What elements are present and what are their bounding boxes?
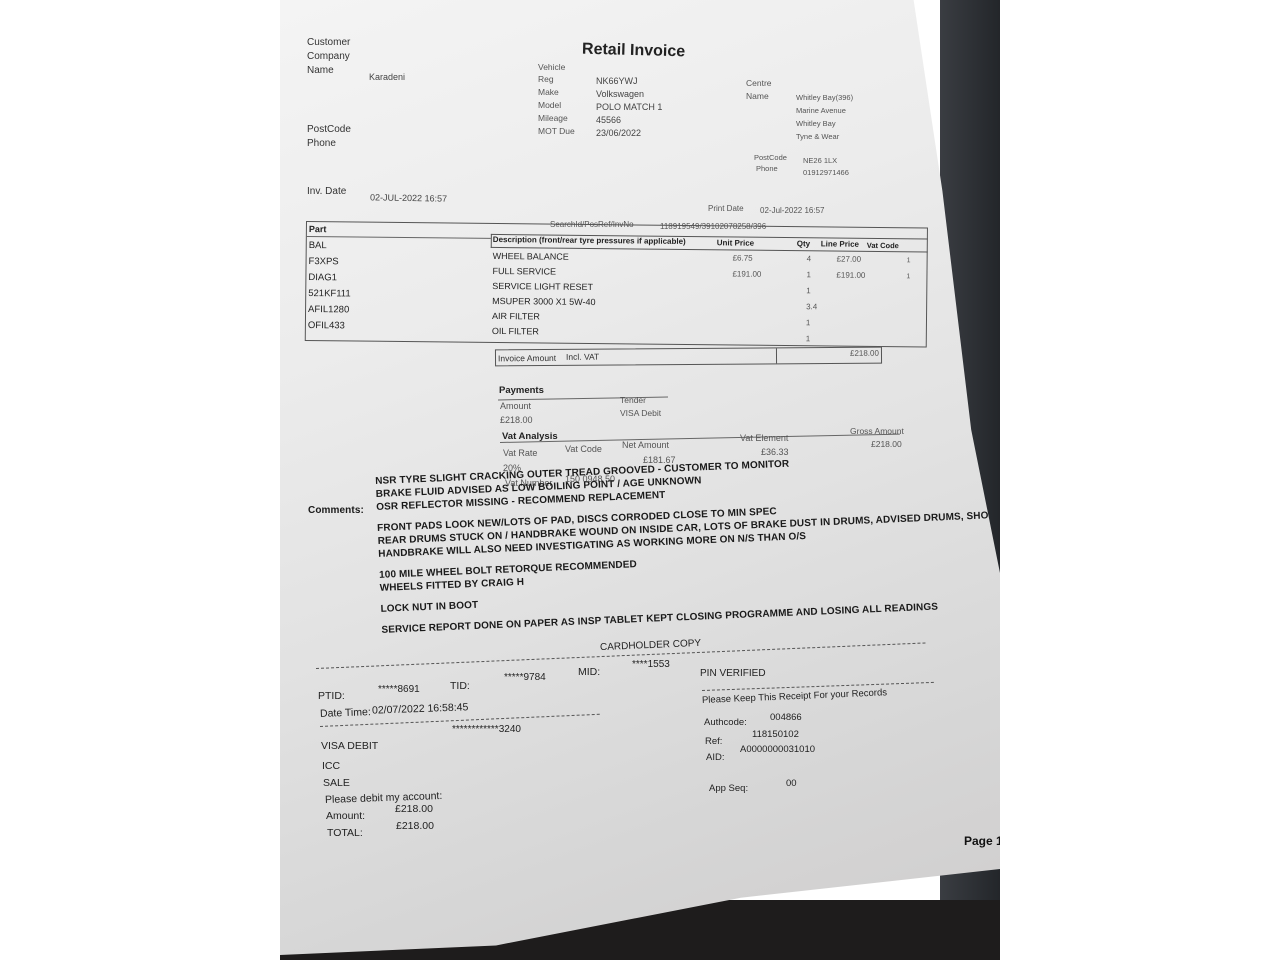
- tid-value: *****9784: [504, 672, 546, 683]
- part-qty: 1: [806, 334, 811, 343]
- entry-mode: ICC: [322, 760, 340, 772]
- centre-postcode-value: NE26 1LX: [803, 156, 837, 165]
- vehicle-field-value: 45566: [596, 115, 621, 125]
- payments-heading: Payments: [499, 385, 544, 396]
- net-amount-header: Net Amount: [622, 440, 669, 450]
- vehicle-field-label: Model: [538, 100, 561, 110]
- part-code: F3XPS: [309, 256, 339, 267]
- header-line-price: Line Price: [821, 239, 859, 248]
- keep-receipt-text: Please Keep This Receipt For your Record…: [702, 687, 887, 706]
- payment-amount-value: £218.00: [500, 415, 533, 425]
- cardholder-copy-label: CARDHOLDER COPY: [600, 638, 702, 653]
- datetime-label: Date Time:: [320, 706, 371, 720]
- part-description: WHEEL BALANCE: [493, 251, 569, 262]
- vehicle-field-label: Reg: [538, 74, 554, 84]
- vat-element-header: Vat Element: [740, 433, 788, 443]
- receipt-total-label: TOTAL:: [327, 827, 363, 839]
- card-type: VISA DEBIT: [321, 740, 378, 752]
- payment-tender-value: VISA Debit: [620, 408, 661, 418]
- mid-label: MID:: [578, 666, 600, 678]
- part-unit-price: £191.00: [732, 269, 761, 278]
- page-number: Page 1: [964, 834, 1003, 848]
- part-description: MSUPER 3000 X1 5W-40: [492, 296, 595, 307]
- part-qty: 1: [806, 270, 811, 279]
- invoice-amount-value: £218.00: [850, 349, 879, 358]
- centre-postcode-label: PostCode: [754, 153, 787, 162]
- part-vat-code: 1: [907, 257, 911, 264]
- mid-value: ****1553: [632, 659, 670, 670]
- part-code: AFIL1280: [308, 304, 349, 315]
- vehicle-field-value: 23/06/2022: [596, 128, 641, 138]
- card-number: ************3240: [452, 724, 521, 735]
- centre-name-label: Name: [746, 91, 769, 101]
- inv-date-value: 02-JUL-2022 16:57: [370, 192, 447, 203]
- invoice-amount-label: Invoice Amount: [498, 353, 556, 363]
- header-vat-code: Vat Code: [867, 241, 899, 250]
- centre-address-line: Whitley Bay(396): [796, 93, 853, 102]
- vat-code-header: Vat Code: [565, 444, 602, 454]
- centre-phone-label: Phone: [756, 164, 778, 173]
- part-description: FULL SERVICE: [492, 266, 556, 277]
- authcode-value: 004866: [770, 712, 802, 723]
- part-unit-price: £6.75: [733, 253, 753, 262]
- invoice-amount-incl-label: Incl. VAT: [566, 352, 599, 362]
- app-seq-value: 00: [786, 778, 797, 789]
- part-code: 521KF111: [308, 288, 351, 299]
- invoice-paper: Retail Invoice Customer Company Name Kar…: [280, 0, 1000, 955]
- authcode-label: Authcode:: [704, 717, 747, 728]
- vehicle-field-label: MOT Due: [538, 126, 575, 136]
- transaction-type: SALE: [323, 777, 350, 789]
- vehicle-field-label: Make: [538, 87, 559, 97]
- header-part: Part: [309, 224, 327, 234]
- part-description: AIR FILTER: [492, 311, 540, 322]
- print-date-label: Print Date: [708, 204, 744, 213]
- vehicle-field-value: Volkswagen: [596, 89, 644, 99]
- part-line-price: £27.00: [837, 255, 862, 264]
- vehicle-field-label: Mileage: [538, 113, 568, 123]
- part-description: OIL FILTER: [492, 326, 539, 336]
- payment-amount-label: Amount: [500, 401, 531, 411]
- part-qty: 1: [806, 318, 811, 327]
- parts-table: Part Description (front/rear tyre pressu…: [305, 221, 928, 348]
- vehicle-field-value: POLO MATCH 1: [596, 102, 662, 112]
- part-code: DIAG1: [308, 272, 337, 283]
- customer-name-value: Karadeni: [369, 72, 405, 82]
- ref-value: 118150102: [752, 729, 799, 740]
- part-vat-code: 1: [906, 273, 910, 280]
- part-qty: 3.4: [806, 302, 817, 311]
- pin-status: PIN VERIFIED: [700, 668, 766, 679]
- app-seq-label: App Seq:: [709, 783, 748, 794]
- vat-element-value: £36.33: [761, 447, 789, 457]
- part-line-price: £191.00: [836, 271, 865, 280]
- vehicle-heading: Vehicle: [538, 62, 565, 72]
- header-unit-price: Unit Price: [717, 238, 754, 247]
- comments-label: Comments:: [308, 505, 364, 516]
- vat-rate-header: Vat Rate: [503, 448, 537, 458]
- centre-heading: Centre: [746, 78, 772, 88]
- centre-phone-value: 01912971466: [803, 168, 849, 177]
- ptid-value: *****8691: [378, 684, 420, 695]
- company-label: Company: [307, 51, 350, 62]
- aid-label: AID:: [706, 752, 724, 763]
- comment-line: LOCK NUT IN BOOT: [380, 600, 478, 615]
- customer-label: Customer: [307, 37, 350, 48]
- part-description: SERVICE LIGHT RESET: [492, 281, 593, 292]
- postcode-label: PostCode: [307, 124, 351, 135]
- receipt-amount-label: Amount:: [326, 810, 365, 822]
- datetime-value: 02/07/2022 16:58:45: [372, 701, 469, 716]
- payment-tender-label: Tender: [620, 395, 646, 405]
- tid-label: TID:: [450, 680, 470, 692]
- aid-value: A0000000031010: [740, 744, 815, 755]
- part-code: BAL: [309, 240, 327, 251]
- part-code: OFIL433: [308, 320, 345, 331]
- centre-address-line: Marine Avenue: [796, 106, 846, 115]
- part-qty: 4: [807, 254, 812, 263]
- inv-date-label: Inv. Date: [307, 186, 346, 197]
- invoice-title: Retail Invoice: [582, 41, 686, 62]
- gross-amount-value: £218.00: [871, 439, 902, 449]
- print-date-value: 02-Jul-2022 16:57: [760, 206, 825, 215]
- phone-label: Phone: [307, 138, 336, 149]
- header-qty: Qty: [797, 239, 810, 248]
- receipt-total-value: £218.00: [396, 820, 434, 832]
- centre-address-line: Tyne & Wear: [796, 132, 839, 141]
- invoice-amount-box: Invoice Amount Incl. VAT £218.00: [495, 347, 882, 367]
- ptid-label: PTID:: [318, 690, 345, 702]
- ref-label: Ref:: [705, 736, 722, 747]
- part-qty: 1: [806, 286, 811, 295]
- receipt-amount-value: £218.00: [395, 803, 433, 815]
- gross-amount-header: Gross Amount: [850, 426, 904, 436]
- vehicle-field-value: NK66YWJ: [596, 76, 638, 86]
- name-label: Name: [307, 65, 334, 76]
- centre-address-line: Whitley Bay: [796, 119, 836, 128]
